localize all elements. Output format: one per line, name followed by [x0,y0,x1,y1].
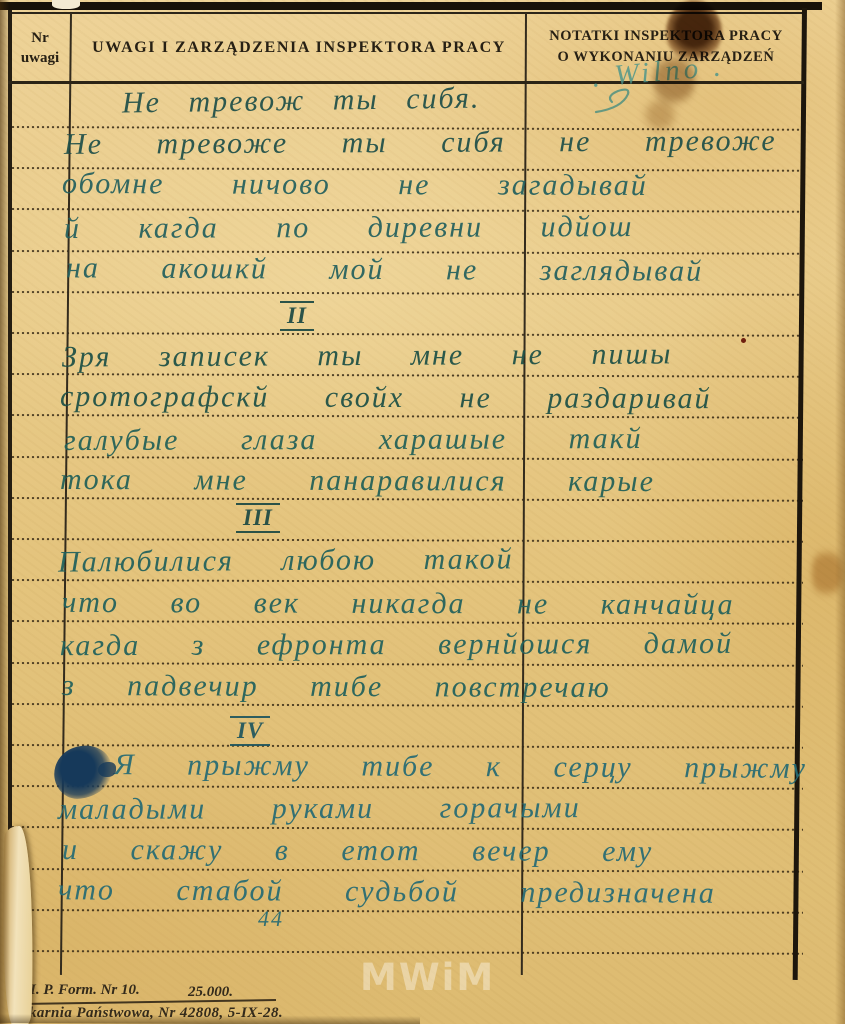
manuscript-line: кагда з ефронта вернйошся дамой [60,629,733,661]
footer-copies-count: 25.000. [188,984,233,1001]
page-right-edge [835,0,845,1024]
manuscript-line: что стабой судьбой предизначена [58,875,716,908]
ink-blot-splash [98,762,116,777]
signature-flourish [588,86,648,116]
scanned-ledger-page: Nr uwagi UWAGI I ZARZĄDZENIA INSPEKTORA … [0,0,845,1024]
manuscript-line: 44 [258,908,284,930]
header-nr-line2: uwagi [21,50,59,67]
manuscript-line: сротографскй свойх не раздаривай [60,382,712,414]
dotted-rule [11,291,803,296]
header-cell-nr: Nr uwagi [10,16,70,80]
dotted-rule [11,826,803,831]
manuscript-line: что во век никагда не канчайца [62,588,735,620]
dotted-rule [11,414,803,419]
dotted-rule [11,785,803,790]
top-edge-notch [52,0,80,9]
dotted-rule [11,620,803,625]
manuscript-line: маладыми руками горачыми [58,793,581,825]
dotted-rule [11,332,803,337]
header-main-label: UWAGI I ZARZĄDZENIA INSPEKTORA PRACY [92,39,506,57]
manuscript-line: и скажу в етот вечер ему [62,835,653,867]
dotted-rule [11,497,803,502]
dotted-rule [11,662,803,667]
stanza-marker: III [236,503,280,533]
table-right-border [793,8,807,980]
header-cell-main: UWAGI I ZARZĄDZENIA INSPEKTORA PRACY [74,16,524,80]
dotted-rule [11,950,803,955]
stanza-marker: IV [230,716,270,746]
header-nr-line1: Nr [31,30,49,47]
page-bottom-edge [0,1014,420,1024]
manuscript-line: обомне ничово не загадывай [62,169,648,201]
dotted-rule [11,703,803,708]
manuscript-line: Палюбилися любою такой [58,544,514,577]
archive-watermark: MWiM [360,956,495,999]
manuscript-line: тока мне панаравилися карые [60,465,655,497]
binding-shadow [0,0,10,1024]
footer-form-number: I. P. Form. Nr 10. [30,982,140,999]
stanza-marker: II [280,301,314,331]
dotted-rule [11,373,803,378]
manuscript-line: на акошкй мой не заглядывай [66,253,703,286]
dotted-rule [11,538,803,543]
manuscript-line: Я прыжму тибе к серцу прыжму [114,750,807,784]
manuscript-line: галубые глаза харашые такй [64,424,643,456]
dotted-rule [11,579,803,584]
manuscript-line: Не тревоже ты сибя не тревоже [64,126,777,160]
manuscript-line: з падвечир тибе повстречаю [62,671,611,703]
manuscript-line: й кагда по диревни идйош [64,212,633,244]
ink-speck [741,338,746,343]
dotted-rule [11,868,803,873]
manuscript-line: Зря записек ты мне не пишы [62,339,673,372]
burn-stain-tail [644,96,676,134]
manuscript-line: Не тревож ты сибя. [122,83,481,118]
